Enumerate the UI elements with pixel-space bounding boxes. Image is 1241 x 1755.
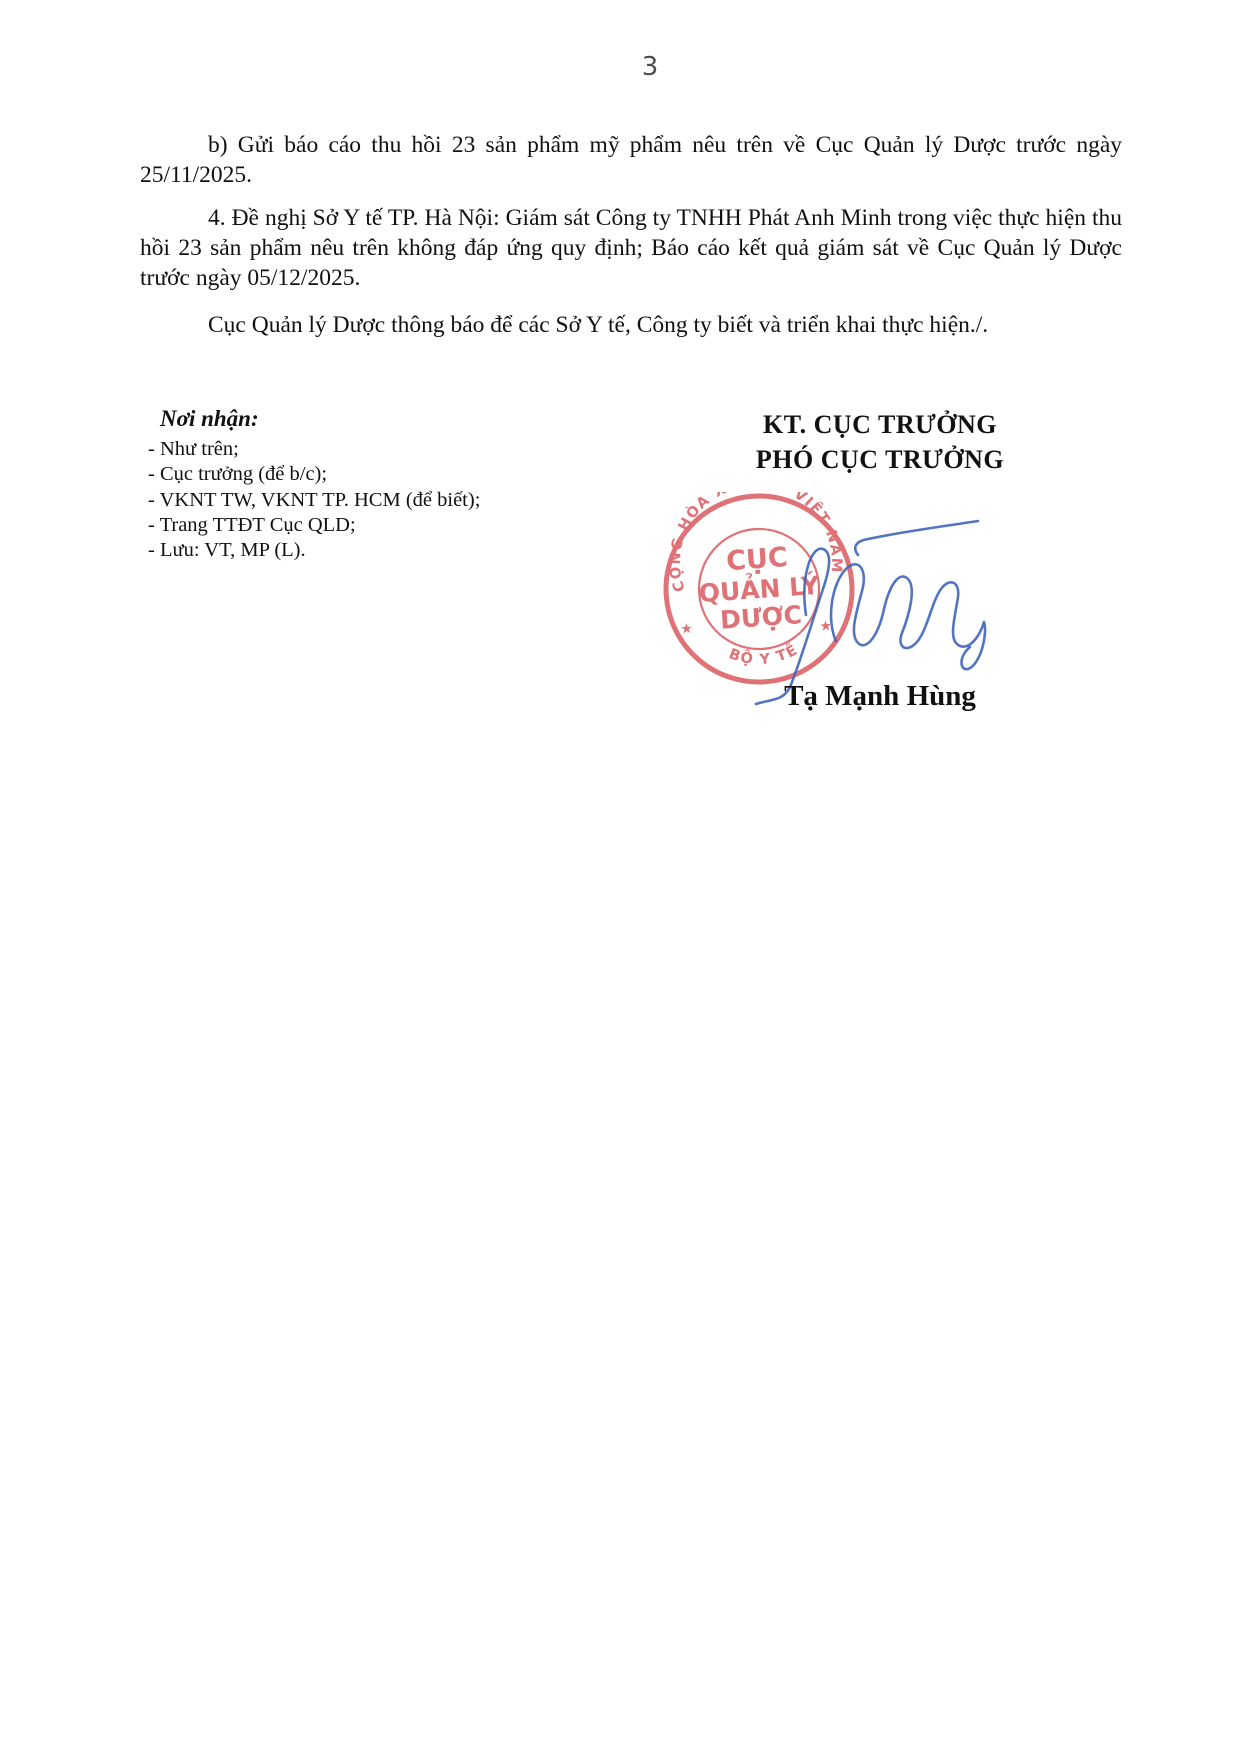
paragraph-report-recall: b) Gửi báo cáo thu hồi 23 sản phẩm mỹ ph… [140,130,1122,190]
paragraph-request-hanoi: 4. Đề nghị Sở Y tế TP. Hà Nội: Giám sát … [140,203,1122,293]
recipients-title: Nơi nhận: [160,406,618,432]
recipient-item: - Cục trưởng (để b/c); [148,462,618,487]
recipients-list: - Như trên; - Cục trưởng (để b/c); - VKN… [148,437,618,563]
signing-block: KT. CỤC TRƯỞNG PHÓ CỤC TRƯỞNG [640,407,1120,477]
signer-name: Tạ Mạnh Hùng [640,680,1120,713]
page-number: 3 [575,52,725,82]
recipients-block: Nơi nhận: - Như trên; - Cục trưởng (để b… [148,406,618,563]
recipient-item: - Lưu: VT, MP (L). [148,538,618,563]
signer-title-line1: KT. CỤC TRƯỞNG [640,407,1120,442]
recipient-item: - VKNT TW, VKNT TP. HCM (để biết); [148,488,618,513]
signer-title-line2: PHÓ CỤC TRƯỞNG [640,442,1120,477]
recipient-item: - Trang TTĐT Cục QLD; [148,513,618,538]
document-body: b) Gửi báo cáo thu hồi 23 sản phẩm mỹ ph… [140,130,1122,349]
recipient-item: - Như trên; [148,437,618,462]
paragraph-closing: Cục Quản lý Dược thông báo để các Sở Y t… [140,302,1122,349]
signature-loops [831,564,985,669]
document-page: 3 b) Gửi báo cáo thu hồi 23 sản phẩm mỹ … [0,0,1241,1755]
signature-flourish [855,521,978,555]
